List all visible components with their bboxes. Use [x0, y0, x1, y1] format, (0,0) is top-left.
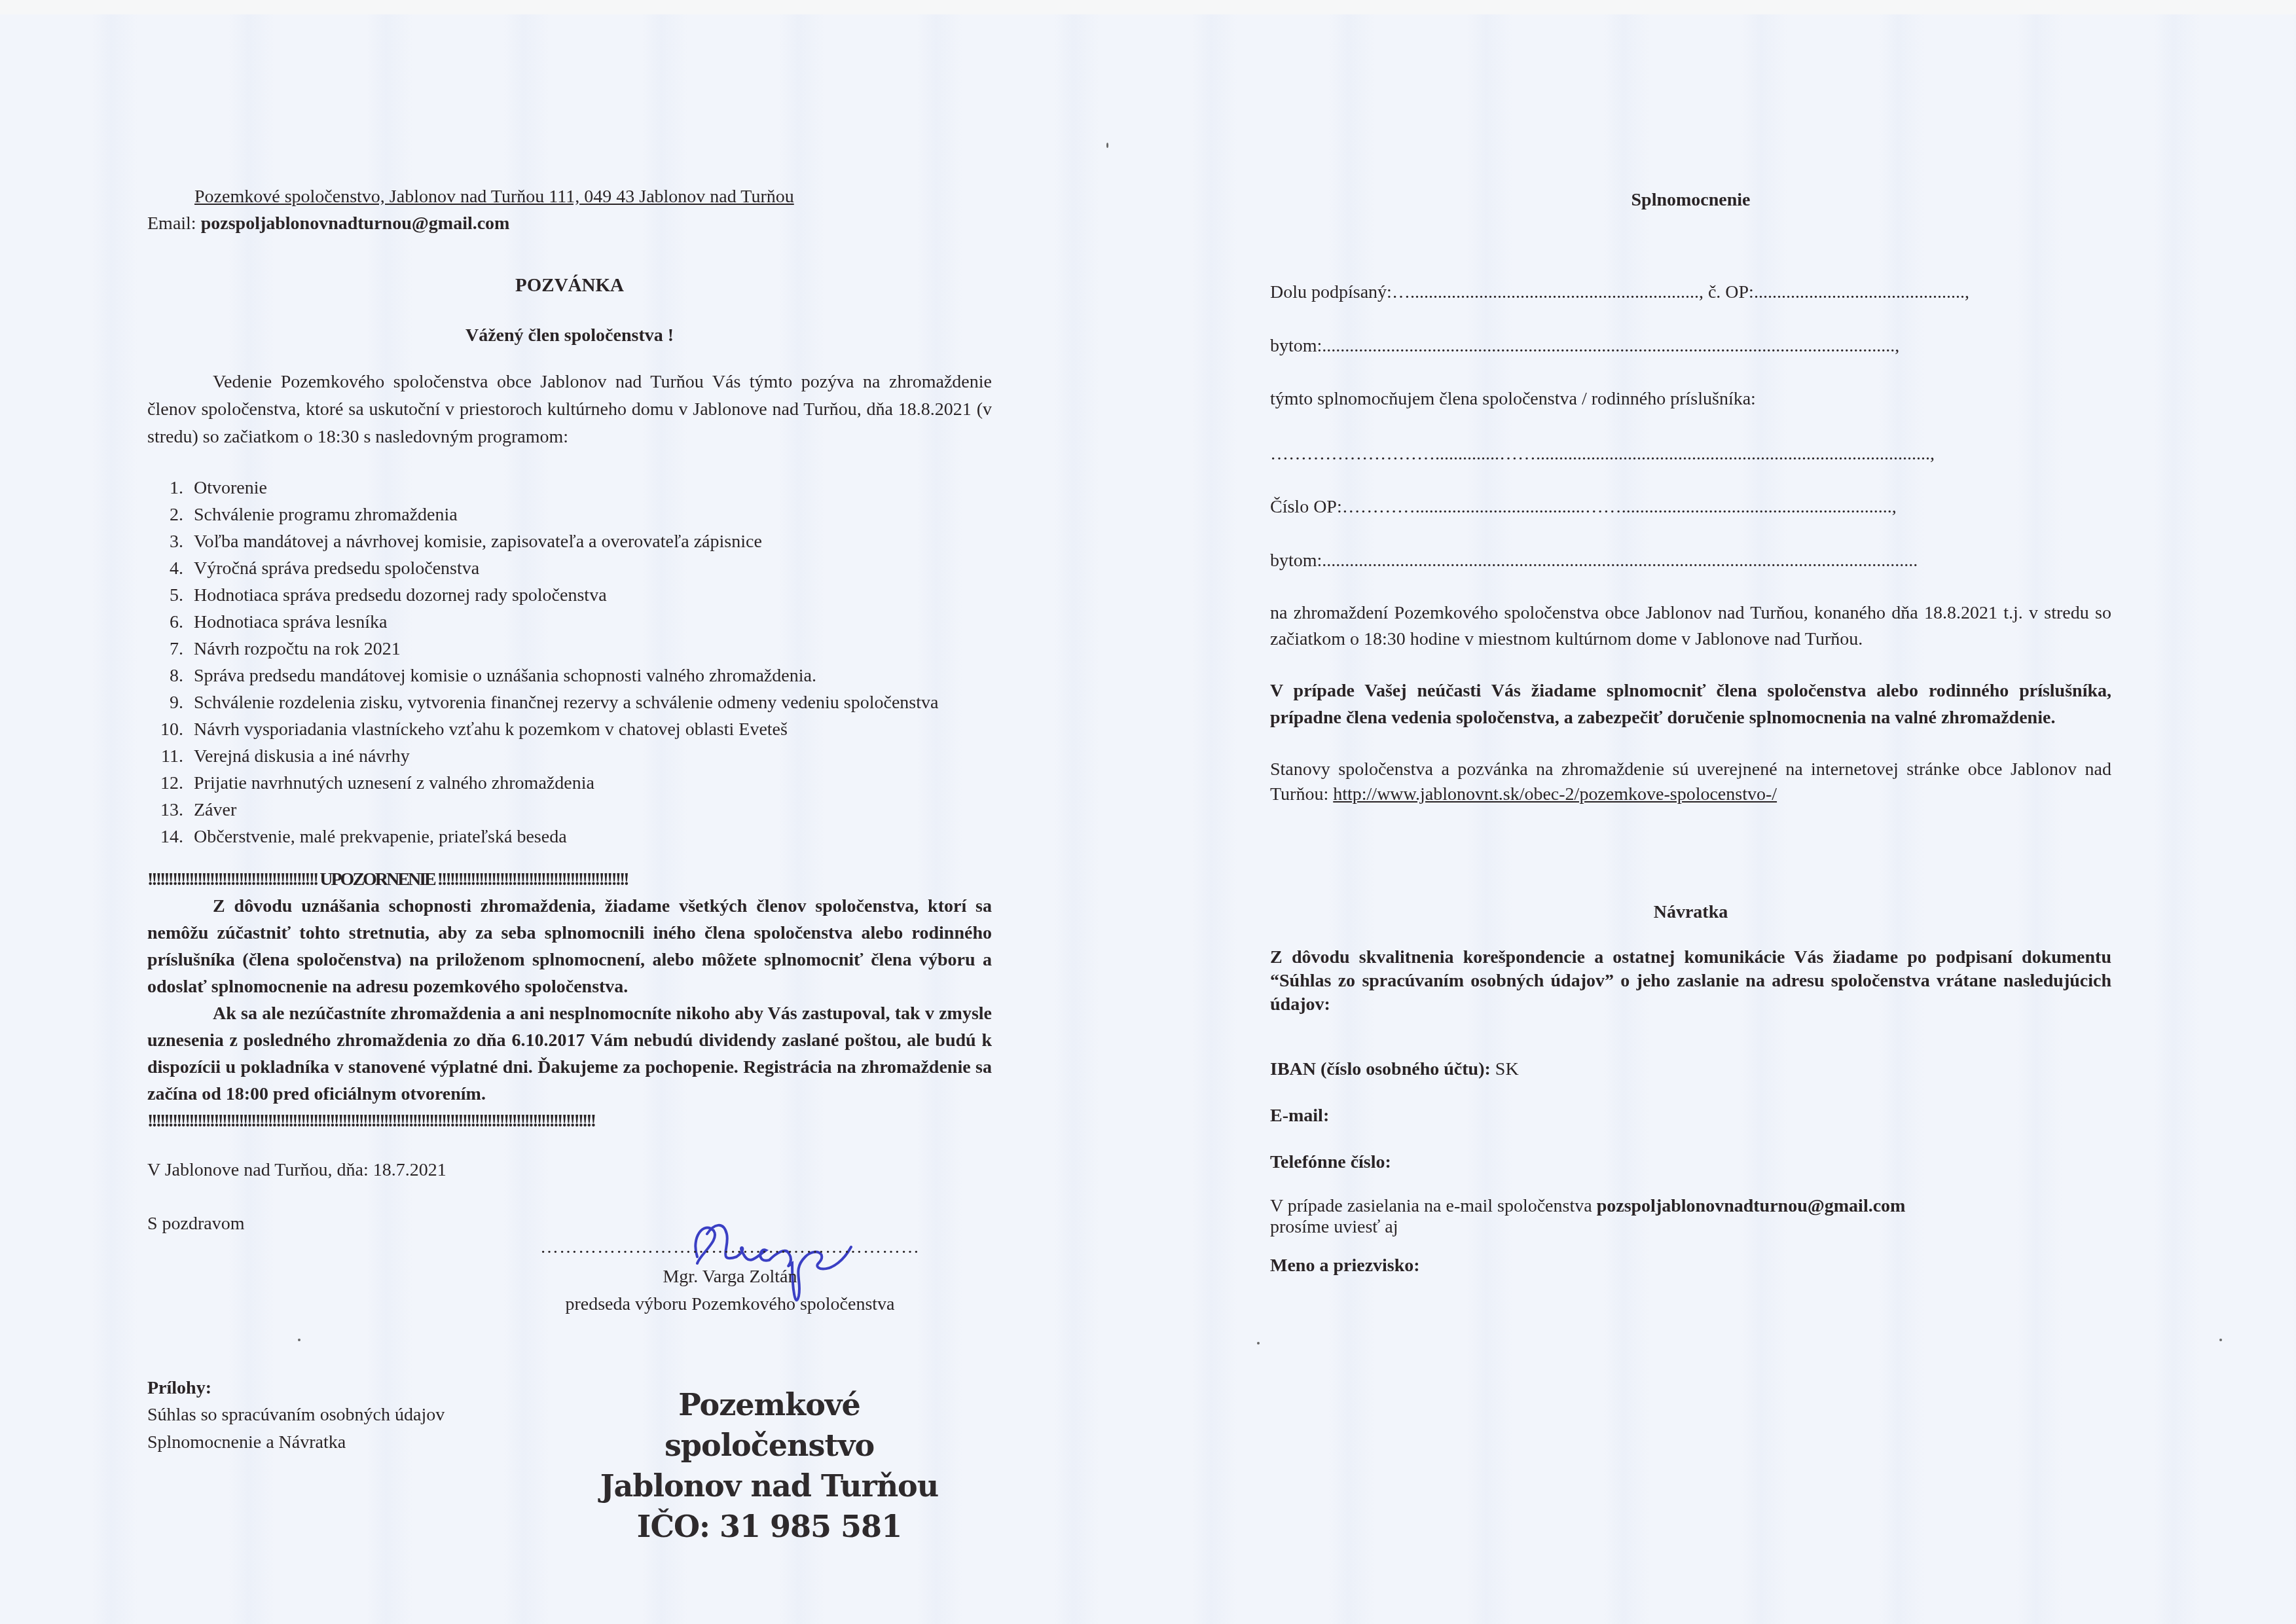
attachment-item: Súhlas so spracúvaním osobných údajov	[147, 1401, 445, 1428]
field-proxy-residence[interactable]: bytom:..................................…	[1270, 547, 2111, 574]
invitation-page: Pozemkové spoločenstvo, Jablonov nad Tur…	[147, 183, 992, 1237]
program-item-number: 3.	[147, 528, 194, 555]
email-label: Email:	[147, 213, 196, 234]
program-list: 1.Otvorenie2.Schválenie programu zhromaž…	[147, 475, 992, 850]
program-item-text: Hodnotiaca správa predsedu dozornej rady…	[194, 582, 992, 609]
warning-section: !!!!!!!!!!!!!!!!!!!!!!!!!!!!!!!!!!!!!!!!…	[147, 866, 992, 1134]
program-item-number: 6.	[147, 609, 194, 636]
field-residence[interactable]: bytom:..................................…	[1270, 333, 2111, 359]
program-item: 2.Schválenie programu zhromaždenia	[147, 501, 992, 528]
email-note-suffix: prosíme uviesť aj	[1270, 1217, 1398, 1237]
program-item-text: Schválenie programu zhromaždenia	[194, 501, 992, 528]
meeting-text: na zhromaždení Pozemkového spoločenstva …	[1270, 600, 2111, 653]
email-address: pozspoljablonovnadturnou@gmail.com	[201, 213, 510, 234]
program-item: 1.Otvorenie	[147, 475, 992, 501]
program-item-text: Občerstvenie, malé prekvapenie, priateľs…	[194, 823, 992, 850]
return-slip-title: Návratka	[1270, 899, 2111, 926]
program-item-text: Návrh rozpočtu na rok 2021	[194, 636, 992, 662]
power-of-attorney-page: Splnomocnenie Dolu podpísaný:…..........…	[1270, 183, 2111, 1279]
signature-block: …………………………………………………… Mgr. Varga Zoltán p…	[527, 1234, 933, 1318]
iban-field[interactable]: IBAN (číslo osobného účtu): SK	[1270, 1056, 2111, 1083]
field-id-number[interactable]: Číslo OP:…………...........................…	[1270, 494, 2111, 520]
program-item-number: 10.	[147, 716, 194, 743]
signer-name: Mgr. Varga Zoltán	[527, 1263, 933, 1290]
authorize-text: týmto splnomocňujem člena spoločenstva /…	[1270, 386, 2111, 412]
program-item-text: Záver	[194, 797, 992, 823]
organization-stamp: Pozemkové spoločenstvo Jablonov nad Turň…	[592, 1384, 946, 1547]
program-item-number: 7.	[147, 636, 194, 662]
field-proxy-name[interactable]: ………………………..............……...............…	[1270, 441, 2111, 467]
program-item-text: Schválenie rozdelenia zisku, vytvorenia …	[194, 689, 992, 716]
program-item-text: Otvorenie	[194, 475, 992, 501]
program-item: 4.Výročná správa predsedu spoločenstva	[147, 555, 992, 582]
iban-label: IBAN (číslo osobného účtu):	[1270, 1059, 1491, 1079]
email-note: V prípade zasielania na e-mail spoločens…	[1270, 1196, 2111, 1238]
program-item-number: 4.	[147, 555, 194, 582]
letterhead-address: Pozemkové spoločenstvo, Jablonov nad Tur…	[147, 183, 992, 210]
program-item-text: Verejná diskusia a iné návrhy	[194, 743, 992, 770]
program-item-number: 13.	[147, 797, 194, 823]
iban-prefix: SK	[1491, 1059, 1519, 1079]
program-item-text: Návrh vysporiadania vlastníckeho vzťahu …	[194, 716, 992, 743]
power-of-attorney-title: Splnomocnenie	[1270, 187, 2111, 213]
program-item: 14.Občerstvenie, malé prekvapenie, priat…	[147, 823, 992, 850]
program-item-number: 14.	[147, 823, 194, 850]
program-item: 13.Záver	[147, 797, 992, 823]
program-item: 8.Správa predsedu mandátovej komisie o u…	[147, 662, 992, 689]
warning-paragraph-2: Ak sa ale nezúčastníte zhromaždenia a an…	[147, 1000, 992, 1108]
program-item: 5.Hodnotiaca správa predsedu dozornej ra…	[147, 582, 992, 609]
signer-role: predseda výboru Pozemkového spoločenstva	[527, 1291, 933, 1318]
return-slip-text: Z dôvodu skvalitnenia korešpondencie a o…	[1270, 946, 2111, 1017]
program-item-text: Správa predsedu mandátovej komisie o uzn…	[194, 662, 992, 689]
warning-paragraph-1: Z dôvodu uznášania schopnosti zhromažden…	[147, 893, 992, 1000]
scan-speck	[1257, 1342, 1260, 1344]
intro-paragraph: Vedenie Pozemkového spoločenstva obce Ja…	[147, 369, 992, 451]
program-item: 10.Návrh vysporiadania vlastníckeho vzťa…	[147, 716, 992, 743]
email-note-address: pozspoljablonovnadturnou@gmail.com	[1597, 1196, 1906, 1216]
attachments: Prílohy: Súhlas so spracúvaním osobných …	[147, 1375, 445, 1456]
attachment-item: Splnomocnenie a Návratka	[147, 1429, 445, 1456]
stamp-line-1: Pozemkové spoločenstvo	[592, 1384, 946, 1466]
email-note-prefix: V prípade zasielania na e-mail spoločens…	[1270, 1196, 1597, 1216]
name-field[interactable]: Meno a priezvisko:	[1270, 1252, 2111, 1279]
program-item-text: Voľba mandátovej a návrhovej komisie, za…	[194, 528, 992, 555]
absence-text: V prípade Vašej neúčasti Vás žiadame spl…	[1270, 677, 2111, 731]
salutation: Vážený člen spoločenstva !	[147, 322, 992, 349]
program-item: 6.Hodnotiaca správa lesníka	[147, 609, 992, 636]
statutes-text: Stanovy spoločenstva a pozvánka na zhrom…	[1270, 757, 2111, 807]
statutes-link[interactable]: http://www.jablonovnt.sk/obec-2/pozemkov…	[1333, 784, 1777, 804]
dateline: V Jablonove nad Turňou, dňa: 18.7.2021	[147, 1157, 992, 1183]
email-field[interactable]: E-mail:	[1270, 1102, 2111, 1129]
program-item-text: Prijatie navrhnutých uznesení z valného …	[194, 770, 992, 797]
stamp-line-3: IČO: 31 985 581	[592, 1506, 946, 1547]
letterhead-email: Email: pozspoljablonovnadturnou@gmail.co…	[147, 210, 992, 237]
scan-margin	[0, 0, 2296, 14]
warning-heading: !!!!!!!!!!!!!!!!!!!!!!!!!!!!!!!!!!!!!!!!…	[147, 866, 992, 893]
scan-speck	[2219, 1339, 2222, 1341]
program-item-number: 9.	[147, 689, 194, 716]
program-item: 3.Voľba mandátovej a návrhovej komisie, …	[147, 528, 992, 555]
program-item-number: 5.	[147, 582, 194, 609]
document-title: POZVÁNKA	[147, 272, 992, 300]
warning-footer: !!!!!!!!!!!!!!!!!!!!!!!!!!!!!!!!!!!!!!!!…	[147, 1108, 992, 1134]
signature-line: ……………………………………………………	[527, 1234, 933, 1261]
program-item: 11.Verejná diskusia a iné návrhy	[147, 743, 992, 770]
program-item: 9.Schválenie rozdelenia zisku, vytvoreni…	[147, 689, 992, 716]
attachments-label: Prílohy:	[147, 1375, 445, 1401]
program-item-number: 1.	[147, 475, 194, 501]
scan-speck	[298, 1339, 301, 1341]
program-item: 7.Návrh rozpočtu na rok 2021	[147, 636, 992, 662]
scan-speck	[1106, 143, 1108, 148]
program-item-text: Hodnotiaca správa lesníka	[194, 609, 992, 636]
program-item-number: 11.	[147, 743, 194, 770]
program-item-number: 8.	[147, 662, 194, 689]
stamp-line-2: Jablonov nad Turňou	[592, 1466, 946, 1506]
field-undersigned[interactable]: Dolu podpísaný:…........................…	[1270, 279, 2111, 306]
program-item-text: Výročná správa predsedu spoločenstva	[194, 555, 992, 582]
program-item-number: 2.	[147, 501, 194, 528]
program-item-number: 12.	[147, 770, 194, 797]
program-item: 12.Prijatie navrhnutých uznesení z valné…	[147, 770, 992, 797]
phone-field[interactable]: Telefónne číslo:	[1270, 1149, 2111, 1176]
